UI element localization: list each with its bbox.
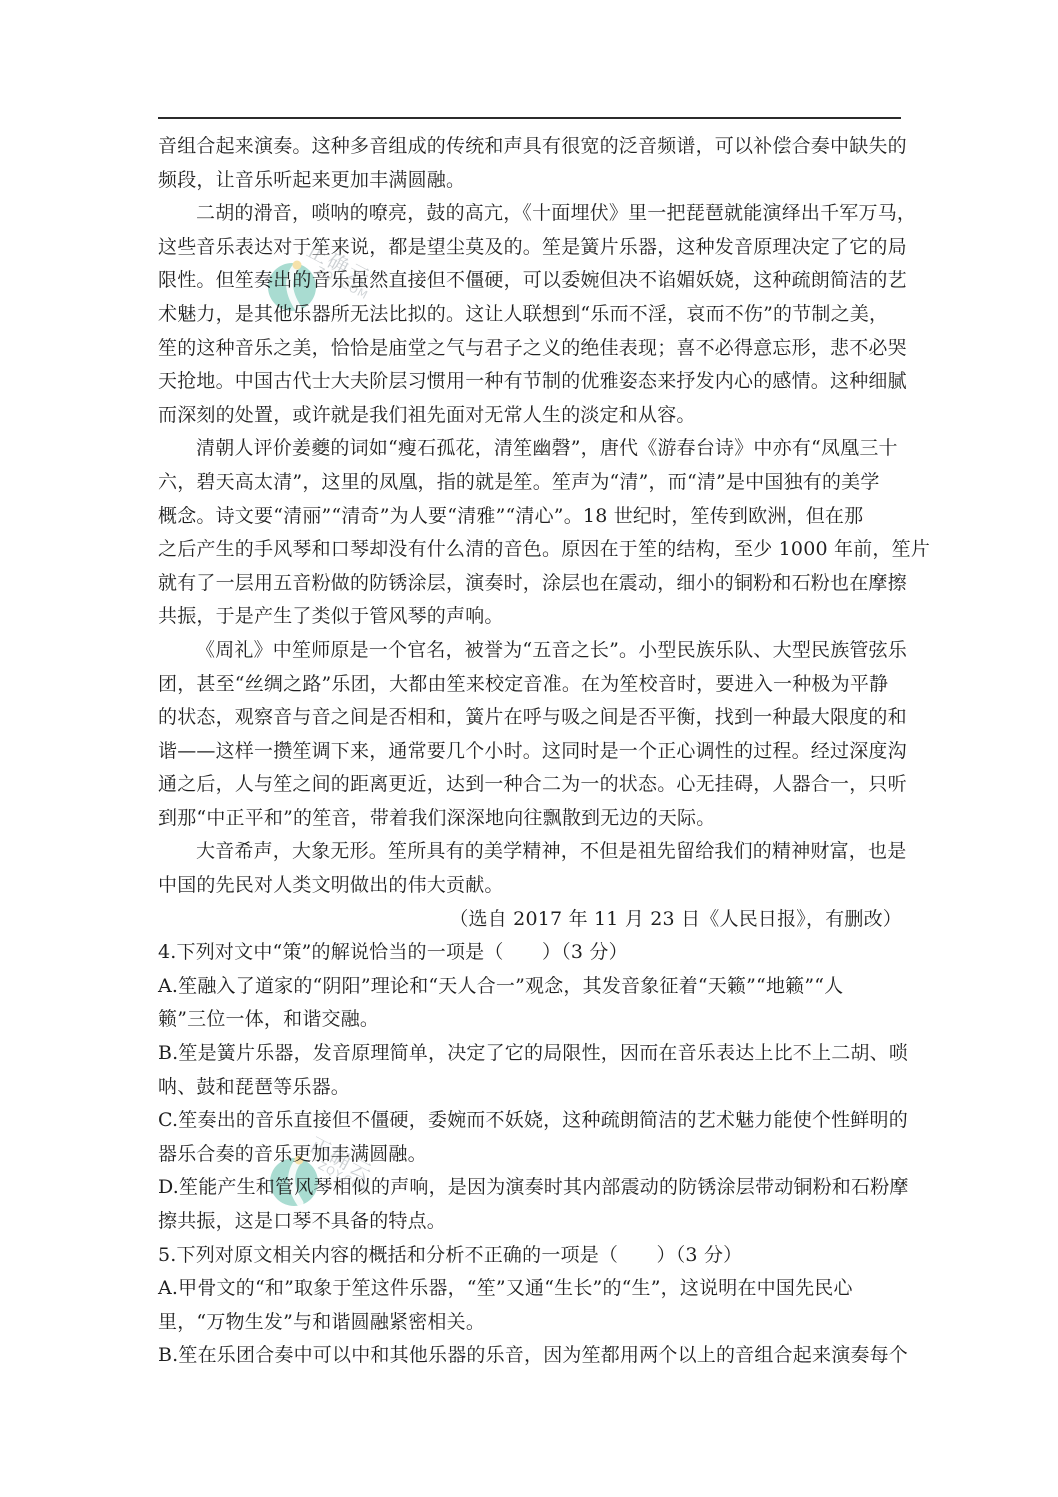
text-line: 4.下列对文中“策”的解说恰当的一项是（ ）（3 分） (158, 936, 902, 970)
text-line: （选自 2017 年 11 月 23 日《人民日报》，有删改） (158, 903, 902, 937)
text-line: 中国的先民对人类文明做出的伟大贡献。 (158, 869, 902, 903)
text-line: 擦共振，这是口琴不具备的特点。 (158, 1205, 902, 1239)
text-line: 《周礼》中笙师原是一个官名，被誉为“五音之长”。小型民族乐队、大型民族管弦乐 (158, 634, 902, 668)
text-line: D.笙能产生和管风琴相似的声响，是因为演奏时其内部震动的防锈涂层带动铜粉和石粉摩 (158, 1171, 902, 1205)
text-line: C.笙奏出的音乐直接但不僵硬，委婉而不妖娆，这种疏朗简洁的艺术魅力能使个性鲜明的 (158, 1104, 902, 1138)
text-line: 器乐合奏的音乐更加丰满圆融。 (158, 1138, 902, 1172)
text-line: 呐、鼓和琵琶等乐器。 (158, 1071, 902, 1105)
text-line: A.甲骨文的“和”取象于笙这件乐器，“笙”又通“生长”的“生”，这说明在中国先民… (158, 1272, 902, 1306)
text-line: B.笙在乐团合奏中可以中和其他乐器的乐音，因为笙都用两个以上的音组合起来演奏每个 (158, 1339, 902, 1373)
text-line: B.笙是簧片乐器，发音原理简单，决定了它的局限性，因而在音乐表达上比不上二胡、唢 (158, 1037, 902, 1071)
text-line: 术魅力，是其他乐器所无法比拟的。这让人联想到“乐而不淫，哀而不伤”的节制之美， (158, 298, 902, 332)
text-line: 二胡的滑音，唢呐的嘹亮，鼓的高亢，《十面埋伏》里一把琵琶就能演绎出千军万马， (158, 197, 902, 231)
text-line: 音组合起来演奏。这种多音组成的传统和声具有很宽的泛音频谱，可以补偿合奏中缺失的 (158, 130, 902, 164)
text-line: 里，“万物生发”与和谐圆融紧密相关。 (158, 1306, 902, 1340)
text-line: 频段，让音乐听起来更加丰满圆融。 (158, 164, 902, 198)
text-line: 笙的这种音乐之美，恰恰是庙堂之气与君子之义的绝佳表现；喜不必得意忘形，悲不必哭 (158, 332, 902, 366)
text-line: 的状态，观察音与音之间是否相和，簧片在呼与吸之间是否平衡，找到一种最大限度的和 (158, 701, 902, 735)
text-line: 天抢地。中国古代士大夫阶层习惯用一种有节制的优雅姿态来抒发内心的感情。这种细腻 (158, 365, 902, 399)
document-lines: 音组合起来演奏。这种多音组成的传统和声具有很宽的泛音频谱，可以补偿合奏中缺失的频… (158, 130, 902, 1373)
text-line: 而深刻的处置，或许就是我们祖先面对无常人生的淡定和从容。 (158, 399, 902, 433)
text-line: 到那“中正平和”的笙音，带着我们深深地向往飘散到无边的天际。 (158, 802, 902, 836)
text-line: 这些音乐表达对于笙来说，都是望尘莫及的。笙是簧片乐器，这种发音原理决定了它的局 (158, 231, 902, 265)
header-rule (158, 117, 901, 119)
text-line: 谐——这样一攒笙调下来，通常要几个小时。这同时是一个正心调性的过程。经过深度沟 (158, 735, 902, 769)
text-line: 通之后，人与笙之间的距离更近，达到一种合二为一的状态。心无挂碍，人器合一，只听 (158, 768, 902, 802)
text-line: 六，碧天高太清”，这里的凤凰，指的就是笙。笙声为“清”，而“清”是中国独有的美学 (158, 466, 902, 500)
text-line: 就有了一层用五音粉做的防锈涂层，演奏时，涂层也在震动，细小的铜粉和石粉也在摩擦 (158, 567, 902, 601)
exam-page: 正确云 ZQY.COM 正确云 ZQY.COM 音组合起来演奏。这种多音组成的传… (0, 0, 1058, 1497)
text-line: A.笙融入了道家的“阴阳”理论和“天人合一”观念，其发音象征着“天籁”“地籁”“… (158, 970, 902, 1004)
text-line: 共振，于是产生了类似于管风琴的声响。 (158, 600, 902, 634)
text-line: 团，甚至“丝绸之路”乐团，大都由笙来校定音准。在为笙校音时，要进入一种极为平静 (158, 668, 902, 702)
text-line: 籁”三位一体，和谐交融。 (158, 1003, 902, 1037)
text-line: 之后产生的手风琴和口琴却没有什么清的音色。原因在于笙的结构，至少 1000 年前… (158, 533, 902, 567)
text-line: 大音希声，大象无形。笙所具有的美学精神，不但是祖先留给我们的精神财富，也是 (158, 835, 902, 869)
text-line: 清朝人评价姜夔的词如“瘦石孤花，清笙幽磬”，唐代《游春台诗》中亦有“凤凰三十 (158, 432, 902, 466)
text-line: 概念。诗文要“清丽”“清奇”为人要“清雅”“清心”。18 世纪时，笙传到欧洲，但… (158, 500, 902, 534)
text-line: 5.下列对原文相关内容的概括和分析不正确的一项是（ ）（3 分） (158, 1239, 902, 1273)
text-line: 限性。但笙奏出的音乐虽然直接但不僵硬，可以委婉但决不谄媚妖娆，这种疏朗简洁的艺 (158, 264, 902, 298)
